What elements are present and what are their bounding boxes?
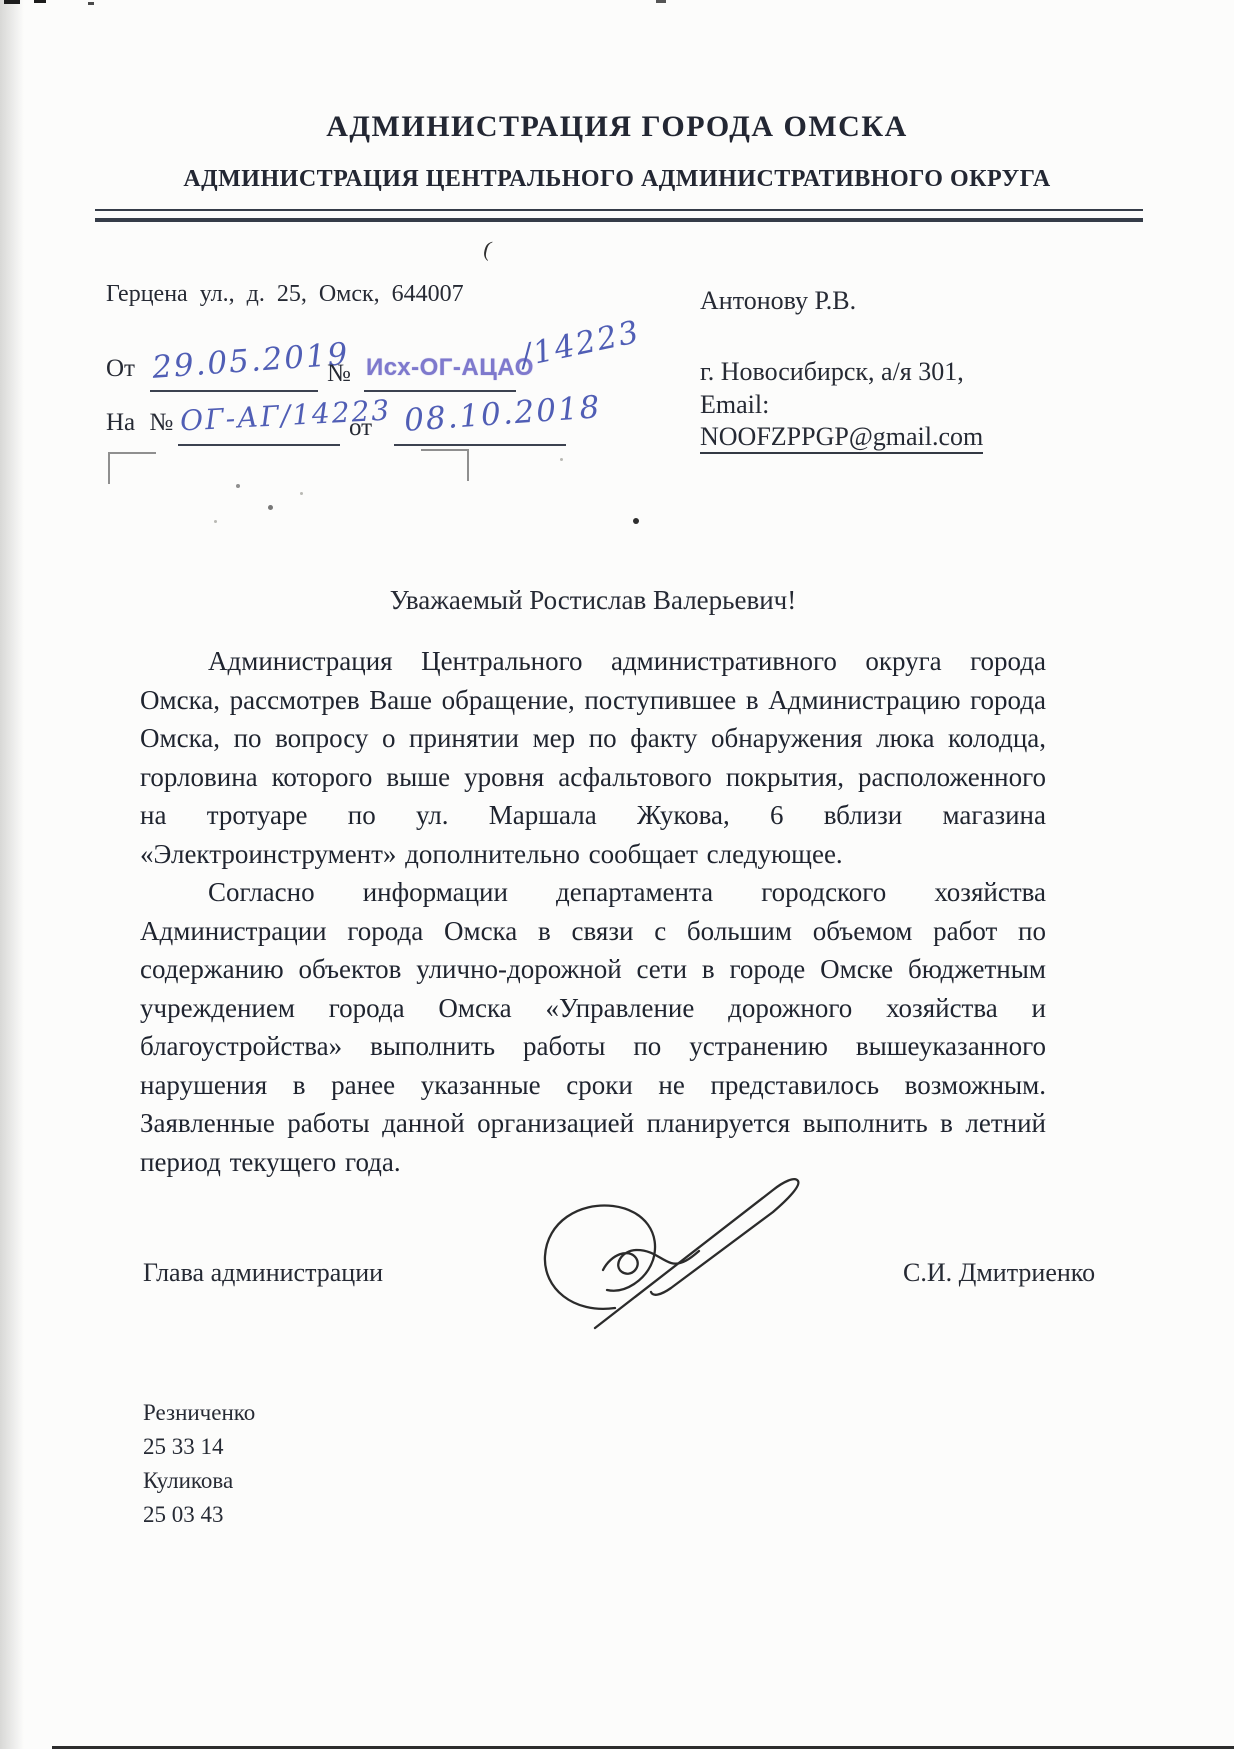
sender-address: Герцена ул., д. 25, Омск, 644007 — [106, 281, 464, 308]
recipient-city-line: г. Новосибирск, а/я 301, — [700, 357, 964, 387]
letterhead-org-subtitle: АДМИНИСТРАЦИЯ ЦЕНТРАЛЬНОГО АДМИНИСТРАТИВ… — [0, 166, 1234, 193]
outgoing-number-stamp: Исх-ОГ-АЦАО — [366, 354, 534, 382]
body-paragraph-2: Согласно информации департамента городск… — [140, 873, 1046, 1181]
body-paragraph-1: Администрация Центрального административ… — [140, 642, 1046, 873]
executor-1-phone: 25 33 14 — [143, 1430, 255, 1464]
outgoing-number-handwritten: /14223 — [518, 314, 644, 374]
stamp-area-corner-bracket-right — [421, 449, 469, 481]
scanned-letter-page: ( АДМИНИСТРАЦИЯ ГОРОДА ОМСКА АДМИНИСТРАЦ… — [0, 0, 1234, 1749]
scan-artifact-dash — [34, 0, 46, 3]
from-label: От — [106, 355, 135, 383]
executor-2-phone: 25 03 43 — [143, 1498, 255, 1532]
number-label: № — [327, 360, 351, 388]
reply-number-blank-line — [178, 444, 340, 446]
letterhead-double-rule — [95, 209, 1143, 222]
reply-date-handwritten: 08.10.2018 — [403, 389, 603, 439]
signer-position: Глава администрации — [143, 1258, 383, 1288]
executor-contacts: Резниченко 25 33 14 Куликова 25 03 43 — [143, 1396, 255, 1532]
reply-date-blank-line — [394, 444, 566, 446]
scan-artifact-speck — [268, 505, 273, 510]
scan-artifact-dash — [4, 0, 20, 4]
scan-artifact-dash — [88, 2, 94, 5]
scan-artifact-speck — [300, 492, 303, 495]
scan-artifact-mark: ( — [481, 235, 494, 262]
stamp-area-corner-bracket-left — [108, 452, 156, 484]
scan-artifact-dot — [633, 518, 639, 524]
letter-body: Администрация Центрального административ… — [140, 642, 1046, 1181]
scan-artifact-dash — [656, 0, 666, 3]
salutation: Уважаемый Ростислав Валерьевич! — [140, 585, 1046, 616]
from-date-blank-line — [150, 390, 318, 392]
signature-ink — [515, 1168, 860, 1353]
signer-name: С.И. Дмитриенко — [903, 1258, 1095, 1288]
recipient-email-value: NOOFZPPGP@gmail.com — [700, 422, 983, 454]
letterhead-org-title: АДМИНИСТРАЦИЯ ГОРОДА ОМСКА — [0, 110, 1234, 144]
scan-left-edge-shadow — [0, 0, 24, 1749]
number-blank-line — [364, 390, 516, 392]
recipient-email: NOOFZPPGP@gmail.com — [700, 422, 983, 452]
scan-artifact-speck — [560, 458, 563, 461]
reply-date-label: от — [349, 414, 372, 442]
executor-1-name: Резниченко — [143, 1396, 255, 1430]
from-date-handwritten: 29.05.2019 — [151, 336, 351, 386]
recipient-name: Антонову Р.В. — [700, 286, 856, 316]
reply-to-label: На № — [106, 409, 173, 437]
scan-artifact-speck — [236, 484, 240, 488]
executor-2-name: Куликова — [143, 1464, 255, 1498]
recipient-email-label: Email: — [700, 390, 769, 420]
scan-artifact-speck — [214, 520, 217, 523]
